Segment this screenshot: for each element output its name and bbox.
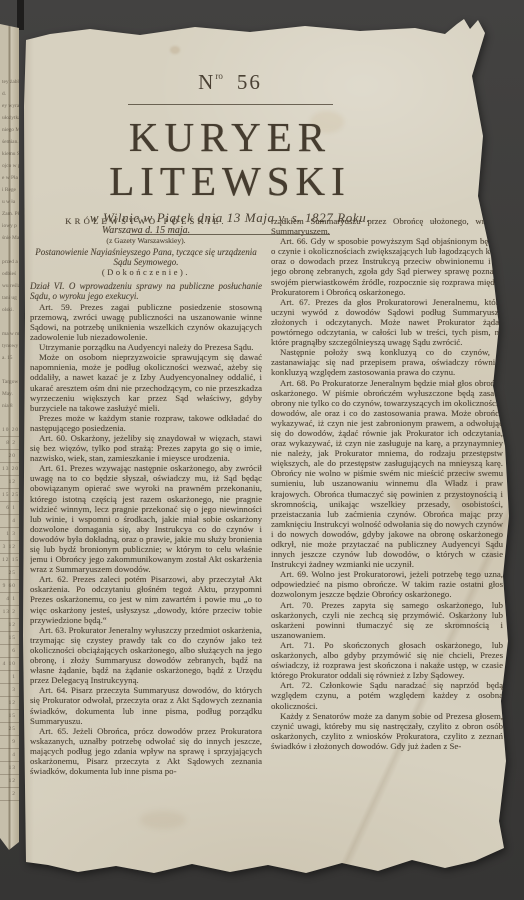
adjacent-page-text-fragment: 15 [0,710,19,723]
adjacent-page-text-fragment: kiemu S [0,148,19,160]
adjacent-page-text-fragment: 4 [0,515,19,528]
paragraph: Każdy z Senatorów może za danym sobie od… [271,711,503,751]
adjacent-page-text-fragment: 13 20 [0,463,19,476]
adjacent-page-text-fragment: i Rege [0,184,19,196]
adjacent-page-text-fragment: 4 1 [0,593,19,606]
masthead-rule-top [128,104,333,105]
adjacent-page-text-fragment: e w Pła [0,172,19,184]
paragraph: Art. 68. Po Prokuratorze Jeneralnym będz… [271,378,503,570]
adjacent-page-text-fragment: tey żabl [0,76,19,88]
adjacent-page-text-fragment: 15 [0,632,19,645]
adjacent-page-text-fragment: 6 1 [0,502,19,515]
adjacent-page-text-fragment: 12 [0,619,19,632]
adjacent-page-text-fragment [0,364,19,376]
adjacent-page-text-fragment: śemian. ś [0,136,19,148]
adjacent-page-text-fragment: 13 [0,762,19,775]
adjacent-page-text-fragment: 3 [0,684,19,697]
issue-number-value: 56 [237,70,262,94]
article-heading: Postanowienie Nayiaśnieyszego Pana, tycz… [34,247,258,267]
adjacent-page-text-fragment: 6 [0,645,19,658]
paragraph: Może on osobom nieprzyzwoicie sprawujący… [30,352,262,413]
paragraph: Art. 67. Prezes da głos Prokuratorowi Je… [271,297,503,347]
adjacent-page-text-fragment: iowy p [0,220,19,232]
adjacent-page-text-fragment [0,244,19,256]
adjacent-page-text-fragment: nia 8 [0,400,19,412]
paragraph: Art. 65. Jeżeli Obrońca, prócz dowodów p… [30,726,262,776]
paragraph: Art. 66. Gdy w sposobie powyższym Sąd ob… [271,236,503,297]
adjacent-page-text-fragment: Zam. Pł [0,208,19,220]
adjacent-page-text-fragment: 9 [0,736,19,749]
paragraph: Art. 72. Członkowie Sądu naradzać się na… [271,680,503,710]
adjacent-page-text-fragment: 12 15 [0,554,19,567]
adjacent-page-text-fragment: 9 60 [0,580,19,593]
adjacent-page-text-fragment: odbieś [0,268,19,280]
adjacent-page-text-fragment: ma w m [0,328,19,340]
adjacent-page-text-fragment: ojco w p [0,160,19,172]
article-body: KRÓLEWSTWO POLSKIE.Warszawa d. 15 maja.(… [30,216,503,804]
paragraph: Art. 59. Prezes zagai publiczne posiedze… [30,302,262,342]
newspaper-title: KURYER LITEWSKI [20,115,440,203]
issue-superscript: ro [215,71,223,81]
paragraph: Art. 64. Pisarz przeczyta Summaryusz dow… [30,685,262,725]
adjacent-page-text-fragment: Targow [0,376,19,388]
adjacent-page-text-fragment: tynowy [0,340,19,352]
column-left: KRÓLEWSTWO POLSKIE.Warszawa d. 15 maja.(… [30,216,262,804]
adjacent-page-text-fragment: May. [0,388,19,400]
adjacent-page-text-fragment: 3 12 [0,541,19,554]
adjacent-page-text-fragment: 10 20 [0,424,19,437]
paragraph: Art. 63. Prokurator Jeneralny wyłuszczy … [30,625,262,686]
paper-stain [140,811,186,829]
adjacent-page-text-fragment: przed a [0,256,19,268]
adjacent-page-text-fragment: ey wyrale [0,100,19,112]
adjacent-page-text-fragment: 4 [0,749,19,762]
adjacent-page-text-fragment: ułożytka [0,112,19,124]
adjacent-page-text-fragment: 13 2 [0,606,19,619]
adjacent-page-text-fragment: olski. [0,304,19,316]
paragraph: Prezes może w każdym stanie rozpraw, tak… [30,413,262,433]
paragraph: Następnie położy swą konkluzyą co do czy… [271,347,503,377]
paragraph: Art. 69. Wolno jest Prokuratorowi, jeżel… [271,569,503,599]
adjacent-page-text-fragment: wu reśla [0,280,19,292]
article-heading: (Dokończenie). [30,268,262,278]
paragraph: Art. 71. Po skończonych głosach oskarżon… [271,640,503,680]
column-right: rządkiem Summaryuszu przez Obrońcę ułożo… [271,216,503,804]
adjacent-page-text-fragment: 4 10 [0,658,19,671]
masthead: Nro56 KURYER LITEWSKI w Wilnie w Piątek … [20,70,440,235]
adjacent-page-text-fragment: 1 3 [0,528,19,541]
adjacent-page-text-fragment: 20 [0,450,19,463]
paragraph: Art. 62. Prezes zaleci potém Pisarzowi, … [30,574,262,624]
paragraph: Art. 70. Prezes zapyta się samego oskarż… [271,600,503,640]
paragraph: Utrzymanie porządku na Audyencyi należy … [30,342,262,352]
newspaper-page: Nro56 KURYER LITEWSKI w Wilnie w Piątek … [20,16,509,884]
adjacent-page-text-fragment: d. [0,88,19,100]
adjacent-page-text-fragment: 2 [0,788,19,801]
article-heading: Warszawa d. 15 maja. [30,226,262,236]
adjacent-page-text-fragment: śnie Ma [0,232,19,244]
adjacent-page-text-fragment [0,316,19,328]
scanned-newspaper-background: tey żabld.ey wyraleułożytkaniego Mśemian… [0,0,524,900]
adjacent-page-text-fragment: 25 [0,723,19,736]
adjacent-page-text-fragment: a. 15 [0,352,19,364]
paragraph: Art. 61. Prezes wzywając następnie oskar… [30,463,262,574]
adjacent-page-text-fragment: 1 [0,671,19,684]
paragraph: rządkiem Summaryuszu przez Obrońcę ułożo… [271,216,503,236]
paper-stain [170,46,180,54]
adjacent-page-text-fragment [0,412,19,424]
adjacent-page-text-fragment: 8 2 [0,437,19,450]
adjacent-page-text-fragment: niego M [0,124,19,136]
paragraph: Art. 60. Oskarżony, jeżeliby się znaydow… [30,433,262,463]
adjacent-page-edge: tey żabld.ey wyraleułożytkaniego Mśemian… [0,24,19,850]
adjacent-page-text-fragment: tani ug [0,292,19,304]
article-heading: Dział VI. O wprowadzeniu sprawy na publi… [30,281,262,301]
article-heading: (z Gazety Warszawskiey). [30,236,262,246]
adjacent-page-text-fragment: u w ła [0,196,19,208]
adjacent-page-text-fragment: 15 25 [0,489,19,502]
adjacent-page-text-fragment: 25 [0,567,19,580]
adjacent-page-text-fragment: 12 [0,775,19,788]
adjacent-page-text-fragment: 12 [0,476,19,489]
newspaper-page-wrap: Nro56 KURYER LITEWSKI w Wilnie w Piątek … [20,16,509,884]
adjacent-page-text-fragment: 12 [0,697,19,710]
issue-number: Nro56 [20,70,440,95]
